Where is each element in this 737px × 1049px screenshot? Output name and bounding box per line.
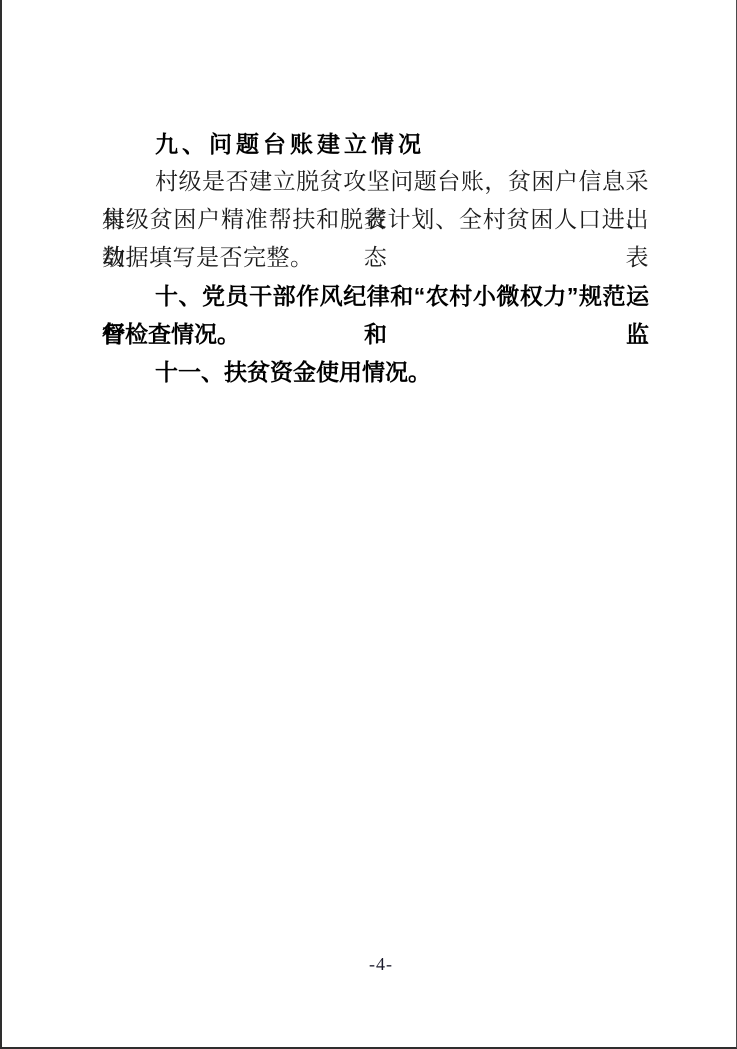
page-number: -4- (14, 952, 737, 976)
paragraph-line-2: 村级贫困户精准帮扶和脱贫计划、全村贫困人口进出动态表 (102, 201, 649, 239)
paragraph-line-1: 村级是否建立脱贫攻坚问题台账，贫困户信息采集表、 (102, 163, 649, 201)
heading-section-10-line-1: 十、党员干部作风纪律和“农村小微权力”规范运行和监 (102, 277, 649, 315)
document-body: 九、问题台账建立情况 村级是否建立脱贫攻坚问题台账，贫困户信息采集表、 村级贫困… (102, 125, 649, 391)
heading-section-11: 十一、扶贫资金使用情况。 (102, 353, 649, 391)
heading-section-9: 九、问题台账建立情况 (102, 125, 649, 163)
document-page: 九、问题台账建立情况 村级是否建立脱贫攻坚问题台账，贫困户信息采集表、 村级贫困… (0, 0, 737, 1049)
